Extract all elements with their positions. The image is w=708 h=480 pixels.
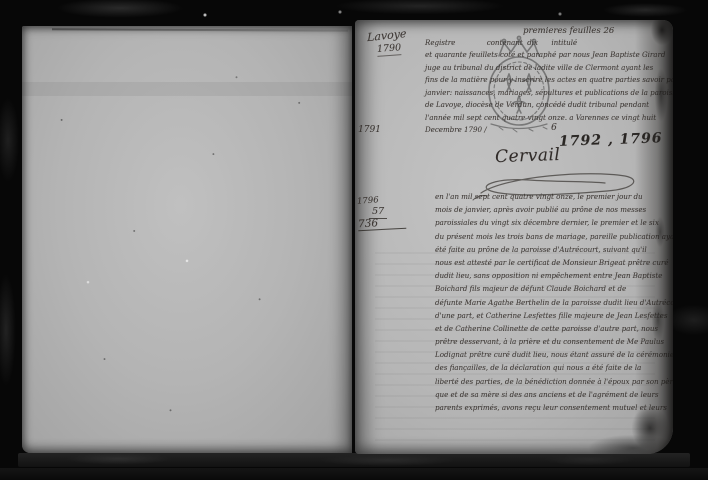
handwritten-line: en l'an mil sept cent quatre vingt onze,… — [435, 190, 654, 203]
handwritten-line: prêtre desservant, à la prière et du con… — [435, 335, 654, 348]
handwritten-line: du présent mois les trois bans de mariag… — [435, 230, 654, 243]
stray-ink-mark: 6 — [551, 123, 557, 133]
handwritten-line: d'une part, et Catherine Lesfettes fille… — [435, 309, 654, 322]
royal-stamp-icon — [469, 34, 569, 136]
margin-note-736: 736 — [358, 216, 407, 231]
handwritten-line: défunte Marie Agathe Berthelin de la par… — [435, 296, 654, 309]
section-title: Cervail — [495, 145, 561, 167]
book-bottom-edge — [18, 453, 690, 467]
register-photo-scene: Lavoye 1790 premieres feuilles 26 Regist… — [0, 0, 708, 480]
handwritten-line: Boichard fils majeur de défunt Claude Bo… — [435, 282, 654, 295]
margin-note-1791: 1791 — [358, 125, 381, 135]
handwritten-line: des fiançailles, de la déclaration qui n… — [435, 361, 654, 374]
year-range-note: 1792 , 1796 — [559, 130, 663, 150]
handwritten-line: Lodignat prêtre curé dudit lieu, nous ét… — [435, 348, 654, 361]
handwritten-line: paroissiales du vingt six décembre derni… — [435, 216, 654, 229]
marriage-act-text-block: en l'an mil sept cent quatre vingt onze,… — [435, 190, 671, 414]
paper-speckle-texture — [22, 26, 352, 453]
handwritten-line: et de Catherine Collinette de cette paro… — [435, 322, 654, 335]
handwritten-line: nous est attesté par le certificat de Mo… — [435, 256, 654, 269]
handwritten-line: dudit lieu, sans opposition ni empêcheme… — [435, 269, 654, 282]
corner-note-year: 1790 — [377, 42, 402, 57]
handwritten-line: parents exprimés, avons reçu leur consen… — [435, 401, 654, 414]
handwritten-line: mois de janvier, après avoir publié au p… — [435, 203, 654, 216]
handwritten-line: que et de sa mère si des ans anciens et … — [435, 388, 654, 401]
handwritten-line: été faite au prône de la paroisse d'Autr… — [435, 243, 654, 256]
table-shadow — [0, 468, 708, 480]
handwritten-line: liberté des parties, de la bénédiction d… — [435, 375, 654, 388]
right-page: Lavoye 1790 premieres feuilles 26 Regist… — [355, 20, 673, 454]
left-page-blank — [22, 26, 352, 453]
